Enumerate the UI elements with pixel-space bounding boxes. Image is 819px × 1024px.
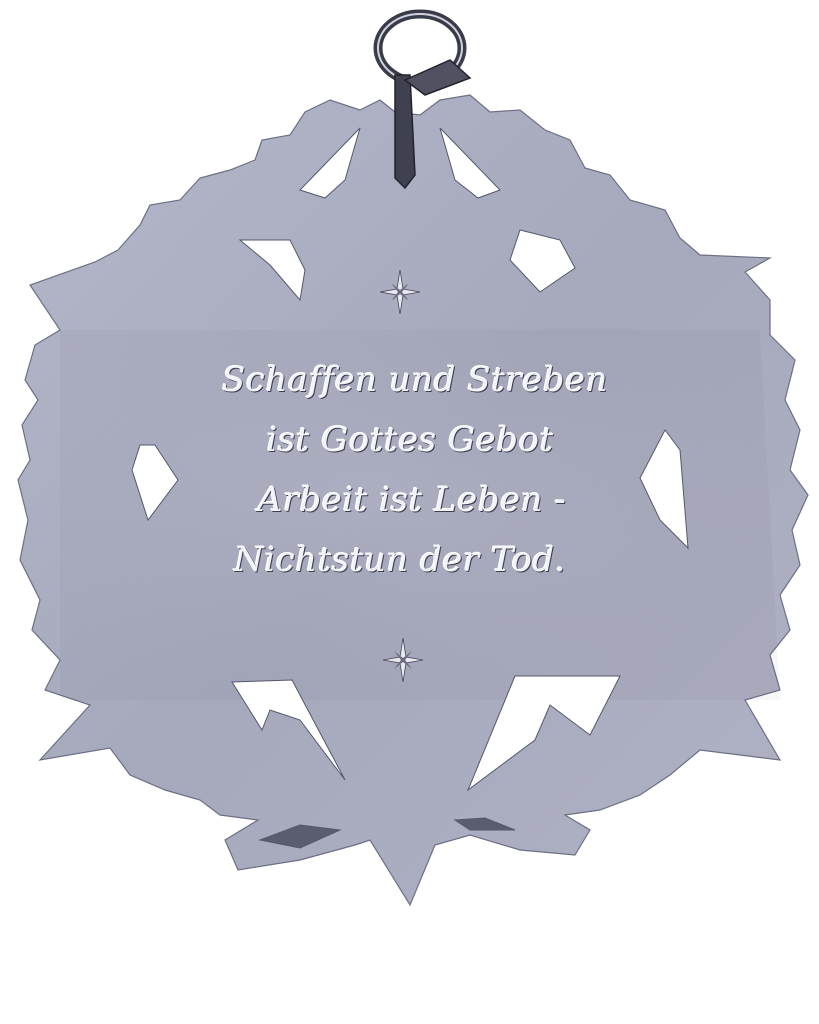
inscription-line: Schaffen und Streben (150, 350, 670, 410)
medal-photo: Schaffen und Streben ist Gottes Gebot Ar… (0, 0, 819, 1024)
inscription-line: Arbeit ist Leben - (150, 470, 670, 530)
inscription-line: Nichtstun der Tod. (150, 530, 670, 590)
engraved-inscription: Schaffen und Streben ist Gottes Gebot Ar… (150, 350, 670, 590)
inscription-line: ist Gottes Gebot (150, 410, 670, 470)
